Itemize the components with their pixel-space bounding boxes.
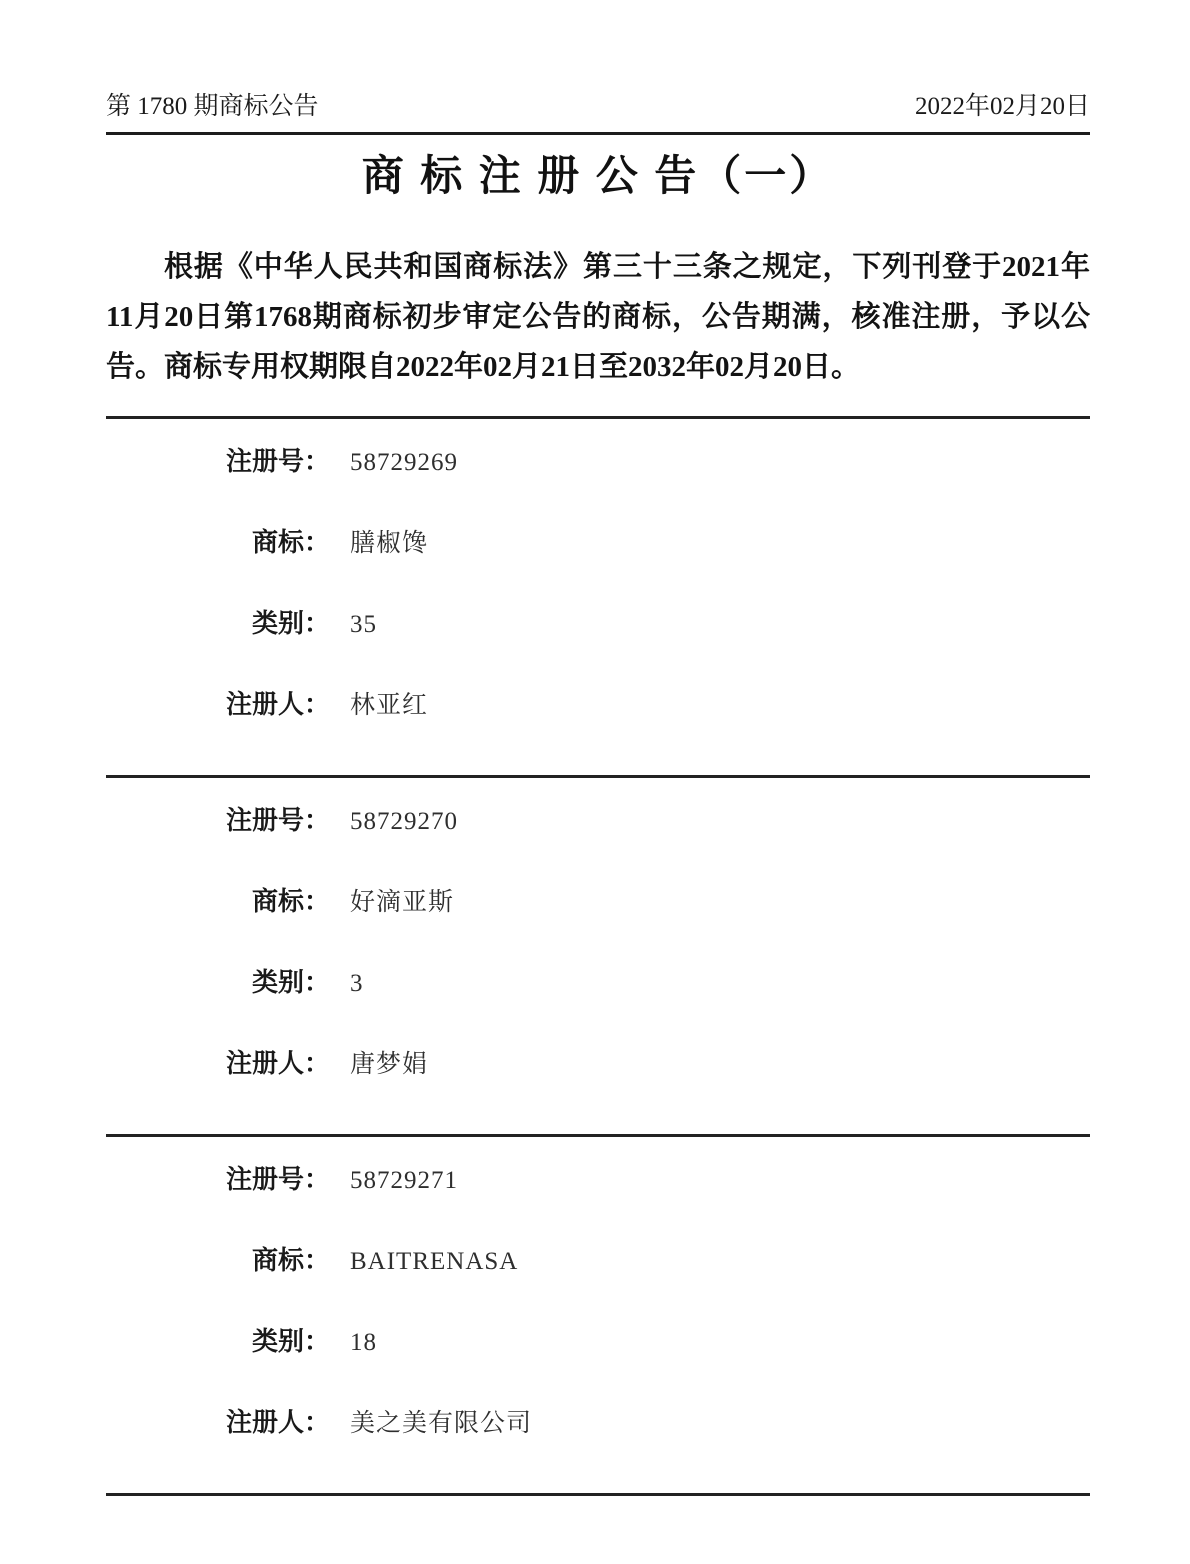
trademark-value: 膳椒馋 bbox=[350, 527, 428, 561]
trademark-label: 商标： bbox=[106, 1244, 330, 1278]
gazette-page: 第 1780 期商标公告 2022年02月20日 商 标 注 册 公 告（一） … bbox=[0, 0, 1190, 1564]
reg-no-label: 注册号： bbox=[106, 1163, 330, 1197]
class-row: 类别： 18 bbox=[106, 1325, 1090, 1360]
class-value: 18 bbox=[350, 1326, 377, 1360]
intro-paragraph: 根据《中华人民共和国商标法》第三十三条之规定，下列刊登于2021年11月20日第… bbox=[106, 242, 1090, 392]
reg-no-label: 注册号： bbox=[106, 804, 330, 838]
registrant-row: 注册人： 林亚红 bbox=[106, 688, 1090, 723]
trademark-label: 商标： bbox=[106, 885, 330, 919]
trademark-label: 商标： bbox=[106, 526, 330, 560]
class-label: 类别： bbox=[106, 607, 330, 641]
page-title: 商 标 注 册 公 告（一） bbox=[106, 151, 1090, 204]
reg-no-row: 注册号： 58729271 bbox=[106, 1163, 1090, 1198]
class-row: 类别： 35 bbox=[106, 607, 1090, 642]
gazette-date-label: 2022年02月20日 bbox=[915, 92, 1090, 122]
trademark-record: 注册号： 58729271 商标： BAITRENASA 类别： 18 注册人：… bbox=[106, 1134, 1090, 1493]
registrant-label: 注册人： bbox=[106, 1406, 330, 1440]
trademark-row: 商标： BAITRENASA bbox=[106, 1244, 1090, 1279]
class-row: 类别： 3 bbox=[106, 966, 1090, 1001]
registrant-label: 注册人： bbox=[106, 1047, 330, 1081]
reg-no-row: 注册号： 58729269 bbox=[106, 445, 1090, 480]
reg-no-row: 注册号： 58729270 bbox=[106, 804, 1090, 839]
reg-no-label: 注册号： bbox=[106, 445, 330, 479]
registrant-label: 注册人： bbox=[106, 688, 330, 722]
registrant-value: 唐梦娟 bbox=[350, 1048, 428, 1082]
gazette-issue-label: 第 1780 期商标公告 bbox=[106, 92, 319, 122]
reg-no-value: 58729271 bbox=[350, 1164, 458, 1198]
trademark-row: 商标： 好滴亚斯 bbox=[106, 885, 1090, 920]
trademark-row: 商标： 膳椒馋 bbox=[106, 526, 1090, 561]
registrant-row: 注册人： 唐梦娟 bbox=[106, 1047, 1090, 1082]
class-label: 类别： bbox=[106, 1325, 330, 1359]
records-section: 注册号： 58729269 商标： 膳椒馋 类别： 35 注册人： 林亚红 注册… bbox=[106, 416, 1090, 1496]
page-header: 第 1780 期商标公告 2022年02月20日 bbox=[106, 0, 1090, 135]
reg-no-value: 58729269 bbox=[350, 446, 458, 480]
trademark-value: 好滴亚斯 bbox=[350, 886, 454, 920]
class-value: 3 bbox=[350, 967, 364, 1001]
record-divider bbox=[106, 1493, 1090, 1496]
trademark-record: 注册号： 58729270 商标： 好滴亚斯 类别： 3 注册人： 唐梦娟 bbox=[106, 775, 1090, 1134]
class-label: 类别： bbox=[106, 966, 330, 1000]
registrant-row: 注册人： 美之美有限公司 bbox=[106, 1406, 1090, 1441]
trademark-value: BAITRENASA bbox=[350, 1245, 518, 1279]
registrant-value: 美之美有限公司 bbox=[350, 1407, 532, 1441]
registrant-value: 林亚红 bbox=[350, 689, 428, 723]
reg-no-value: 58729270 bbox=[350, 805, 458, 839]
class-value: 35 bbox=[350, 608, 377, 642]
trademark-record: 注册号： 58729269 商标： 膳椒馋 类别： 35 注册人： 林亚红 bbox=[106, 416, 1090, 775]
